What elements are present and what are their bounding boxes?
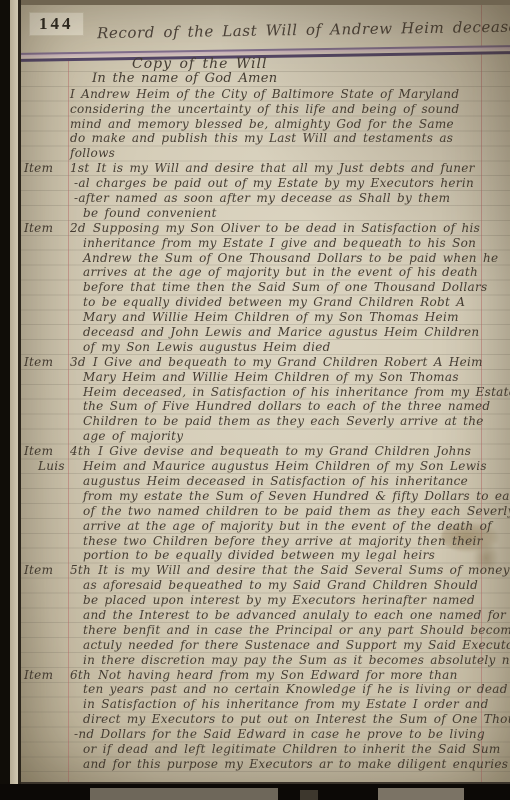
ledger-page: 144 Record of the Last Will of Andrew He… — [21, 5, 510, 784]
manuscript-line: inheritance from my Estate I give and be… — [70, 236, 508, 251]
manuscript-line: of the two named children to be paid the… — [70, 504, 508, 519]
preamble-line: I Andrew Heim of the City of Baltimore S… — [70, 87, 508, 102]
manuscript-text: Not having heard from my Son Edward for … — [98, 668, 458, 682]
manuscript-text: I Give and bequeath to my Grand Children… — [93, 355, 483, 369]
manuscript-line: 6thNot having heard from my Son Edward f… — [70, 668, 508, 683]
manuscript-line: direct my Executors to put out on Intere… — [70, 712, 508, 727]
manuscript-line: to be equally divided between my Grand C… — [70, 295, 508, 310]
scanned-ledger-photo: 144 Record of the Last Will of Andrew He… — [0, 0, 510, 800]
manuscript-line: Heim deceased, in Satisfaction of his in… — [70, 385, 508, 400]
preamble-line: follows — [70, 146, 508, 161]
will-item-6: Item 6thNot having heard from my Son Edw… — [70, 668, 508, 772]
will-item-5: Item 5thIt is my Will and desire that th… — [70, 563, 508, 667]
manuscript-line: age of majority — [70, 429, 508, 444]
background-object — [378, 788, 464, 800]
manuscript-line: Andrew the Sum of One Thousand Dollars t… — [70, 251, 508, 266]
preamble-line: considering the uncertainty of this life… — [70, 102, 508, 117]
manuscript-line: portion to be equally divided between my… — [70, 548, 508, 563]
manuscript-line: arrives at the age of majority but in th… — [70, 265, 508, 280]
manuscript-line: 5thIt is my Will and desire that the Sai… — [70, 563, 508, 578]
item-number: 1st — [70, 161, 90, 175]
background-object — [90, 788, 278, 800]
manuscript-line: there benfit and in case the Principal o… — [70, 623, 508, 638]
manuscript-line: of my Son Lewis augustus Heim died — [70, 340, 508, 355]
manuscript-line: deceasd and John Lewis and Marice agustu… — [70, 325, 508, 340]
manuscript-line: 2dSupposing my Son Oliver to be dead in … — [70, 221, 508, 236]
manuscript-line: Heim and Maurice augustus Heim Children … — [70, 459, 508, 474]
item-margin-label: Item — [24, 161, 68, 175]
manuscript-text: I Give devise and bequeath to my Grand C… — [98, 444, 471, 458]
manuscript-line: augustus Heim deceased in Satisfaction o… — [70, 474, 508, 489]
item-margin-label: Item — [24, 668, 68, 682]
item-number: 6th — [70, 668, 91, 682]
manuscript-line: these two Children before they arrive at… — [70, 534, 508, 549]
will-item-2: Item 2dSupposing my Son Oliver to be dea… — [70, 221, 508, 355]
item-number: 5th — [70, 563, 91, 577]
manuscript-line: -al charges be paid out of my Estate by … — [70, 176, 508, 191]
manuscript-line: arrive at the age of majority but in the… — [70, 519, 508, 534]
manuscript-text: It is my Will and desire that the Said S… — [98, 563, 510, 577]
preamble-line: do make and publish this my Last Will an… — [70, 131, 508, 146]
will-item-1: Item 1stIt is my Will and desire that al… — [70, 161, 508, 221]
invocation-line: In the name of God Amen — [70, 72, 508, 87]
left-margin-line — [68, 57, 69, 782]
manuscript-line: ten years past and no certain Knowledge … — [70, 682, 508, 697]
manuscript-text: Supposing my Son Oliver to be dead in Sa… — [93, 221, 480, 235]
item-margin-note: Luis — [38, 459, 65, 473]
will-item-3: Item 3dI Give and bequeath to my Grand C… — [70, 355, 508, 444]
manuscript-line: Mary and Willie Heim Children of my Son … — [70, 310, 508, 325]
record-title: Record of the Last Will of Andrew Heim d… — [97, 18, 504, 42]
manuscript-line: Mary Heim and Willie Heim Children of my… — [70, 370, 508, 385]
manuscript-line: 3dI Give and bequeath to my Grand Childr… — [70, 355, 508, 370]
previous-page-edge — [10, 0, 18, 785]
manuscript-text: It is my Will and desire that all my Jus… — [97, 161, 475, 175]
manuscript-line: the Sum of Five Hundred dollars to each … — [70, 399, 508, 414]
background-object — [300, 790, 318, 800]
item-number: 4th — [70, 444, 91, 458]
item-margin-label: Item — [24, 444, 68, 458]
manuscript-line: -after named as soon after my decease as… — [70, 191, 508, 206]
manuscript-line: or if dead and left legitimate Children … — [70, 742, 508, 757]
item-number: 3d — [70, 355, 86, 369]
manuscript-line: 4thI Give devise and bequeath to my Gran… — [70, 444, 508, 459]
item-margin-label: Item — [24, 221, 68, 235]
manuscript-line: Children to be paid them as they each Se… — [70, 414, 508, 429]
will-item-4: Item Luis 4thI Give devise and bequeath … — [70, 444, 508, 563]
preamble-line: mind and memory blessed be, almighty God… — [70, 117, 508, 132]
manuscript-line: from my estate the Sum of Seven Hundred … — [70, 489, 508, 504]
manuscript-line: as aforesaid bequeathed to my Said Grand… — [70, 578, 508, 593]
manuscript-line: and for this purpose my Executors ar to … — [70, 757, 508, 772]
manuscript-line: 1stIt is my Will and desire that all my … — [70, 161, 508, 176]
manuscript-line: in there discretion may pay the Sum as i… — [70, 653, 508, 668]
item-number: 2d — [70, 221, 86, 235]
manuscript-line: be found convenient — [70, 206, 508, 221]
page-number: 144 — [29, 12, 84, 36]
item-margin-label: Item — [24, 563, 68, 577]
manuscript-line: actuly needed for there Sustenace and Su… — [70, 638, 508, 653]
manuscript-line: be placed upon interest by my Executors … — [70, 593, 508, 608]
book-binding — [0, 0, 10, 800]
manuscript-line: and the Interest to be advanced anulaly … — [70, 608, 508, 623]
will-manuscript: Copy of the Will In the name of God Amen… — [70, 57, 508, 772]
manuscript-line: in Satisfaction of his inheritance from … — [70, 697, 508, 712]
item-margin-label: Item — [24, 355, 68, 369]
manuscript-line: before that time then the Said Sum of on… — [70, 280, 508, 295]
manuscript-line: -nd Dollars for the Said Edward in case … — [70, 727, 508, 742]
copy-heading: Copy of the Will — [70, 57, 508, 72]
table-below-book — [0, 784, 510, 800]
